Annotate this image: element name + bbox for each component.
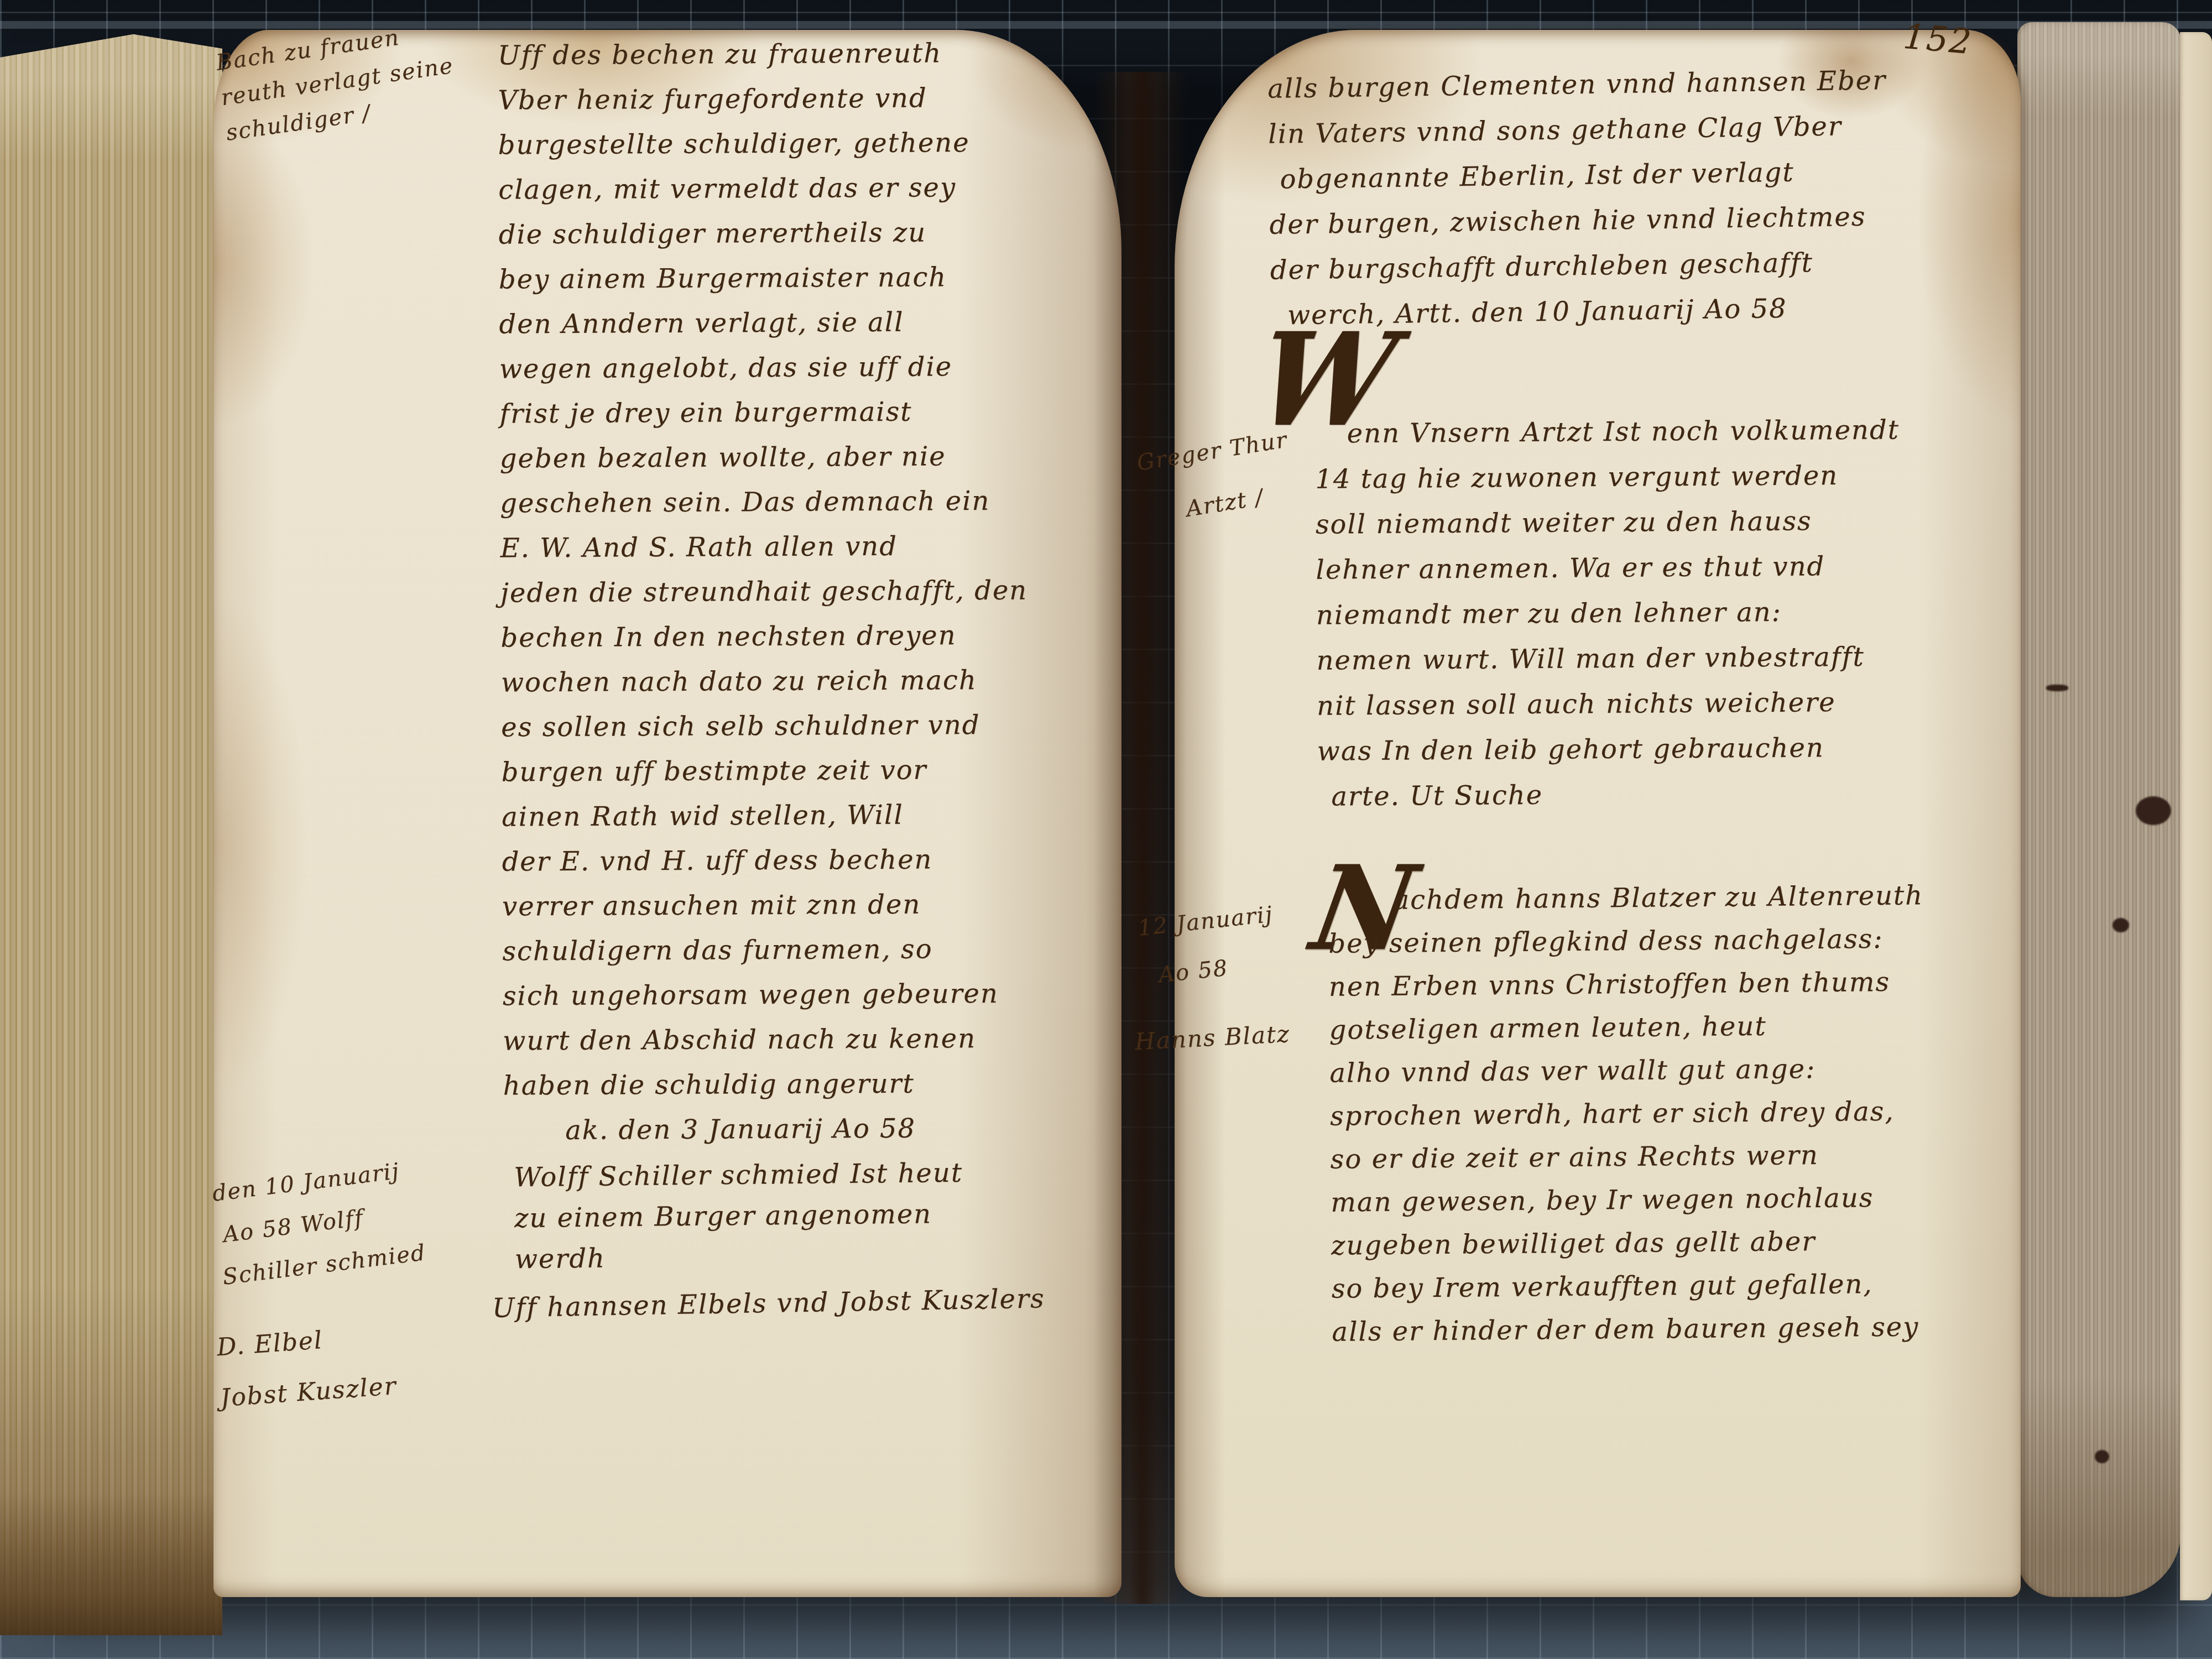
right-page-paragraph-2: enn Vnsern Artzt Ist noch volkumendt14 t…: [1314, 407, 1902, 819]
handwritten-line: nemen wurt. Will man der vnbestrafft: [1316, 634, 1901, 683]
ink-blot: [2046, 685, 2068, 691]
page-number: 152: [1902, 16, 1974, 62]
handwritten-line: bey seinen pflegkind dess nachgelass:: [1328, 917, 1924, 965]
handwritten-line: so bey Irem verkaufften gut gefallen,: [1331, 1262, 1927, 1310]
handwritten-line: lehner annemen. Wa er es thut vnd: [1316, 543, 1901, 592]
ink-blot: [2136, 796, 2171, 825]
outer-page-edge: [2180, 32, 2212, 1600]
handwritten-line: alls burgen Clementen vnnd hannsen Eber: [1267, 58, 1887, 112]
handwritten-line: den Anndern verlagt, sie all: [499, 300, 1026, 347]
handwritten-line: enn Vnsern Artzt Ist noch volkumendt: [1347, 407, 1900, 456]
handwritten-line: so er die zeit er ains Rechts wern: [1330, 1133, 1926, 1181]
ink-blot: [2112, 918, 2129, 932]
handwritten-line: lin Vaters vnnd sons gethane Clag Vber: [1268, 103, 1887, 157]
handwritten-line: was In den leib gehort gebrauchen: [1317, 724, 1902, 774]
book-gutter-shadow: [1094, 72, 1187, 1604]
handwritten-line: geschehen sein. Das demnach ein: [500, 479, 1027, 526]
handwritten-line: nit lassen soll auch nichts weichere: [1317, 679, 1902, 728]
handwritten-line: sprochen werdh, hart er sich drey das,: [1330, 1089, 1926, 1138]
handwritten-line: achdem hanns Blatzer zu Altenreuth: [1393, 874, 1923, 921]
handwritten-line: clagen, mit vermeldt das er sey: [498, 165, 1026, 213]
handwritten-line: alho vnnd das ver wallt gut ange:: [1329, 1046, 1925, 1094]
handwritten-line: schuldigern das furnemen, so: [502, 926, 1030, 974]
handwritten-line: ak. den 3 Januarij Ao 58: [565, 1105, 1031, 1152]
handwritten-line: Wolff Schiller schmied Ist heut: [514, 1152, 963, 1198]
handwritten-line: E. W. And S. Rath allen vnd: [500, 524, 1027, 571]
handwritten-line: wochen nach dato zu reich mach: [501, 658, 1029, 706]
handwritten-line: arte. Ut Suche: [1331, 770, 1902, 819]
handwritten-line: zugeben bewilliget das gellt aber: [1331, 1219, 1927, 1267]
handwritten-line: bechen In den nechsten dreyen: [500, 613, 1028, 661]
handwritten-line: die schuldiger merertheils zu: [498, 210, 1026, 258]
handwritten-line: werdh: [514, 1234, 964, 1280]
handwritten-line: wurt den Abschid nach zu kenen: [503, 1016, 1030, 1063]
handwritten-line: niemandt mer zu den lehner an:: [1316, 588, 1901, 638]
left-margin-note-date: den 10 JanuarijAo 58 WolffSchiller schmi…: [210, 1148, 428, 1298]
handwritten-line: haben die schuldig angerurt: [503, 1061, 1030, 1108]
handwritten-line: burgestellte schuldiger, gethene: [498, 121, 1026, 168]
left-margin-note-names: D. ElbelJobst Kuszler: [215, 1310, 399, 1424]
handwritten-line: nen Erben vnns Christoffen ben thums: [1329, 960, 1924, 1008]
handwritten-line: frist je drey ein burgermaist: [499, 389, 1027, 437]
handwritten-line: zu einem Burger angenomen: [514, 1193, 964, 1239]
handwritten-line: 14 tag hie zuwonen vergunt werden: [1315, 452, 1900, 502]
right-margin-note-date: 12 JanuarijAo 58: [1135, 890, 1280, 1001]
handwritten-line: der burgschafft durchleben geschafft: [1270, 239, 1889, 293]
handwritten-line: jeden die streundhait geschafft, den: [500, 568, 1028, 616]
handwritten-line: der burgen, zwischen hie vnnd liechtmes: [1269, 194, 1888, 248]
handwritten-line: der E. vnd H. uff dess bechen: [502, 837, 1029, 884]
handwritten-line: Vber heniz furgefordente vnd: [498, 76, 1025, 123]
handwritten-line: wegen angelobt, das sie uff die: [499, 345, 1027, 392]
left-fore-edge-page-block: [0, 34, 222, 1635]
manuscript-photo: Bach zu frauenreuth verlagt seineschuldi…: [0, 0, 2212, 1659]
handwritten-line: bey ainem Burgermaister nach: [499, 255, 1026, 302]
left-page-paragraph-2: Wolff Schiller schmied Ist heutzu einem …: [514, 1152, 964, 1280]
handwritten-line: alls er hinder der dem bauren geseh sey: [1332, 1305, 1927, 1353]
left-page-body-text: Uff des bechen zu frauenreuthVber heniz …: [498, 31, 1031, 1154]
handwritten-line: verrer ansuchen mit znn den: [502, 881, 1030, 929]
handwritten-line: es sollen sich selb schuldner vnd: [501, 703, 1029, 750]
handwritten-line: burgen uff bestimpte zeit vor: [501, 748, 1029, 795]
ink-blot: [2095, 1450, 2109, 1463]
handwritten-line: soll niemandt weiter zu den hauss: [1316, 498, 1901, 547]
handwritten-line: man gewesen, bey Ir wegen nochlaus: [1331, 1176, 1926, 1224]
handwritten-line: geben bezalen wollte, aber nie: [500, 434, 1027, 482]
handwritten-line: sich ungehorsam wegen gebeuren: [503, 971, 1030, 1019]
handwritten-line: obgenannte Eberlin, Ist der verlagt: [1280, 148, 1888, 202]
handwritten-line: ainen Rath wid stellen, Will: [502, 792, 1029, 839]
right-page-paragraph-3: achdem hanns Blatzer zu Altenreuthbey se…: [1328, 874, 1927, 1353]
handwritten-line: Uff des bechen zu frauenreuth: [498, 31, 1025, 79]
handwritten-line: gotseligen armen leuten, heut: [1329, 1003, 1924, 1051]
right-page-paragraph-1: alls burgen Clementen vnnd hannsen Eberl…: [1267, 58, 1890, 338]
